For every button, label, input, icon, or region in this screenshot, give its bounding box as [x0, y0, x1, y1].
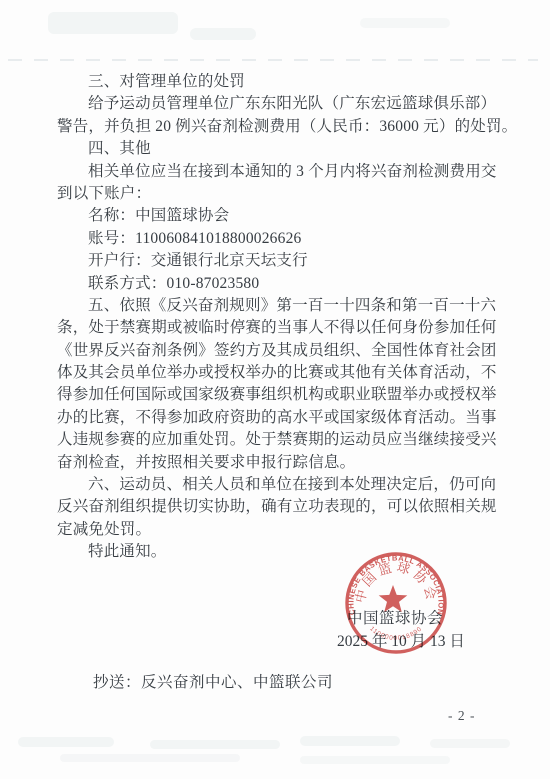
text-line: 反兴奋剂组织提供切实协助，确有立功表现的，可以依照相关规 — [57, 496, 497, 518]
scan-smudge — [430, 739, 510, 748]
text-line: 得参加任何国际或国家级赛事组织机构或职业联盟举办或授权举 — [57, 384, 497, 406]
text-line: 六、运动员、相关人员和单位在接到本处理决定后，仍可向 — [57, 474, 497, 496]
text-line: 五、依照《反兴奋剂规则》第一百一十四条和第一百一十六 — [57, 295, 497, 317]
bank-branch-line: 开户行：交通银行北京天坛支行 — [57, 250, 497, 272]
text-line: 条，处于禁赛期或被临时停赛的当事人不得以任何身份参加任何 — [57, 317, 497, 339]
seal-code-text: 1100000018890 — [368, 625, 423, 642]
scan-smudge — [300, 756, 450, 764]
text-line: 相关单位应当在接到本通知的 3 个月内将兴奋剂检测费用交 — [57, 161, 497, 183]
cc-line: 抄送：反兴奋剂中心、中篮联公司 — [93, 670, 333, 692]
text-line: 体及其会员单位举办或授权举办的比赛或其他有关体育活动，不 — [57, 362, 497, 384]
scan-smudge — [48, 12, 178, 34]
scan-fold-line — [8, 59, 538, 61]
text-line: 到以下账户： — [57, 183, 497, 205]
account-name-line: 名称：中国篮球协会 — [57, 205, 497, 227]
text-line: 警告，并负担 20 例兴奋剂检测费用（人民币：36000 元）的处罚。 — [57, 116, 497, 138]
official-seal: CHINESE BASKETBALL ASSOCIATION 中国篮球协会 11… — [342, 549, 450, 657]
scan-smudge — [190, 28, 256, 40]
text-line: 给予运动员管理单位广东东阳光队（广东宏远篮球俱乐部） — [57, 93, 497, 115]
text-line: 办的比赛，不得参加政府资助的高水平或国家级体育活动。当事 — [57, 407, 497, 429]
scan-smudge — [18, 737, 114, 747]
account-number-line: 账号：110060841018800026626 — [57, 228, 497, 250]
text-line: 《世界反兴奋剂条例》签约方及其成员组织、全国性体育社会团 — [57, 340, 497, 362]
contact-phone-line: 联系方式：010-87023580 — [57, 273, 497, 295]
scanned-notice-page: { "page": { "background": "#fdfdfd", "te… — [0, 0, 550, 779]
text-line: 定减免处罚。 — [57, 519, 497, 541]
page-number: - 2 - — [448, 708, 476, 724]
text-line: 三、对管理单位的处罚 — [57, 71, 497, 93]
text-line: 四、其他 — [57, 138, 497, 160]
text-line: 奋剂检查，并按照相关要求申报行踪信息。 — [57, 452, 497, 474]
scan-smudge — [60, 754, 240, 762]
scan-smudge — [300, 736, 400, 746]
scan-smudge — [150, 740, 280, 749]
document-body: 三、对管理单位的处罚 给予运动员管理单位广东东阳光队（广东宏远篮球俱乐部） 警告… — [57, 71, 497, 564]
scan-smudge — [360, 18, 450, 28]
text-line: 人违规参赛的应加重处罚。处于禁赛期的运动员应当继续接受兴 — [57, 429, 497, 451]
seal-star-icon — [379, 585, 408, 612]
